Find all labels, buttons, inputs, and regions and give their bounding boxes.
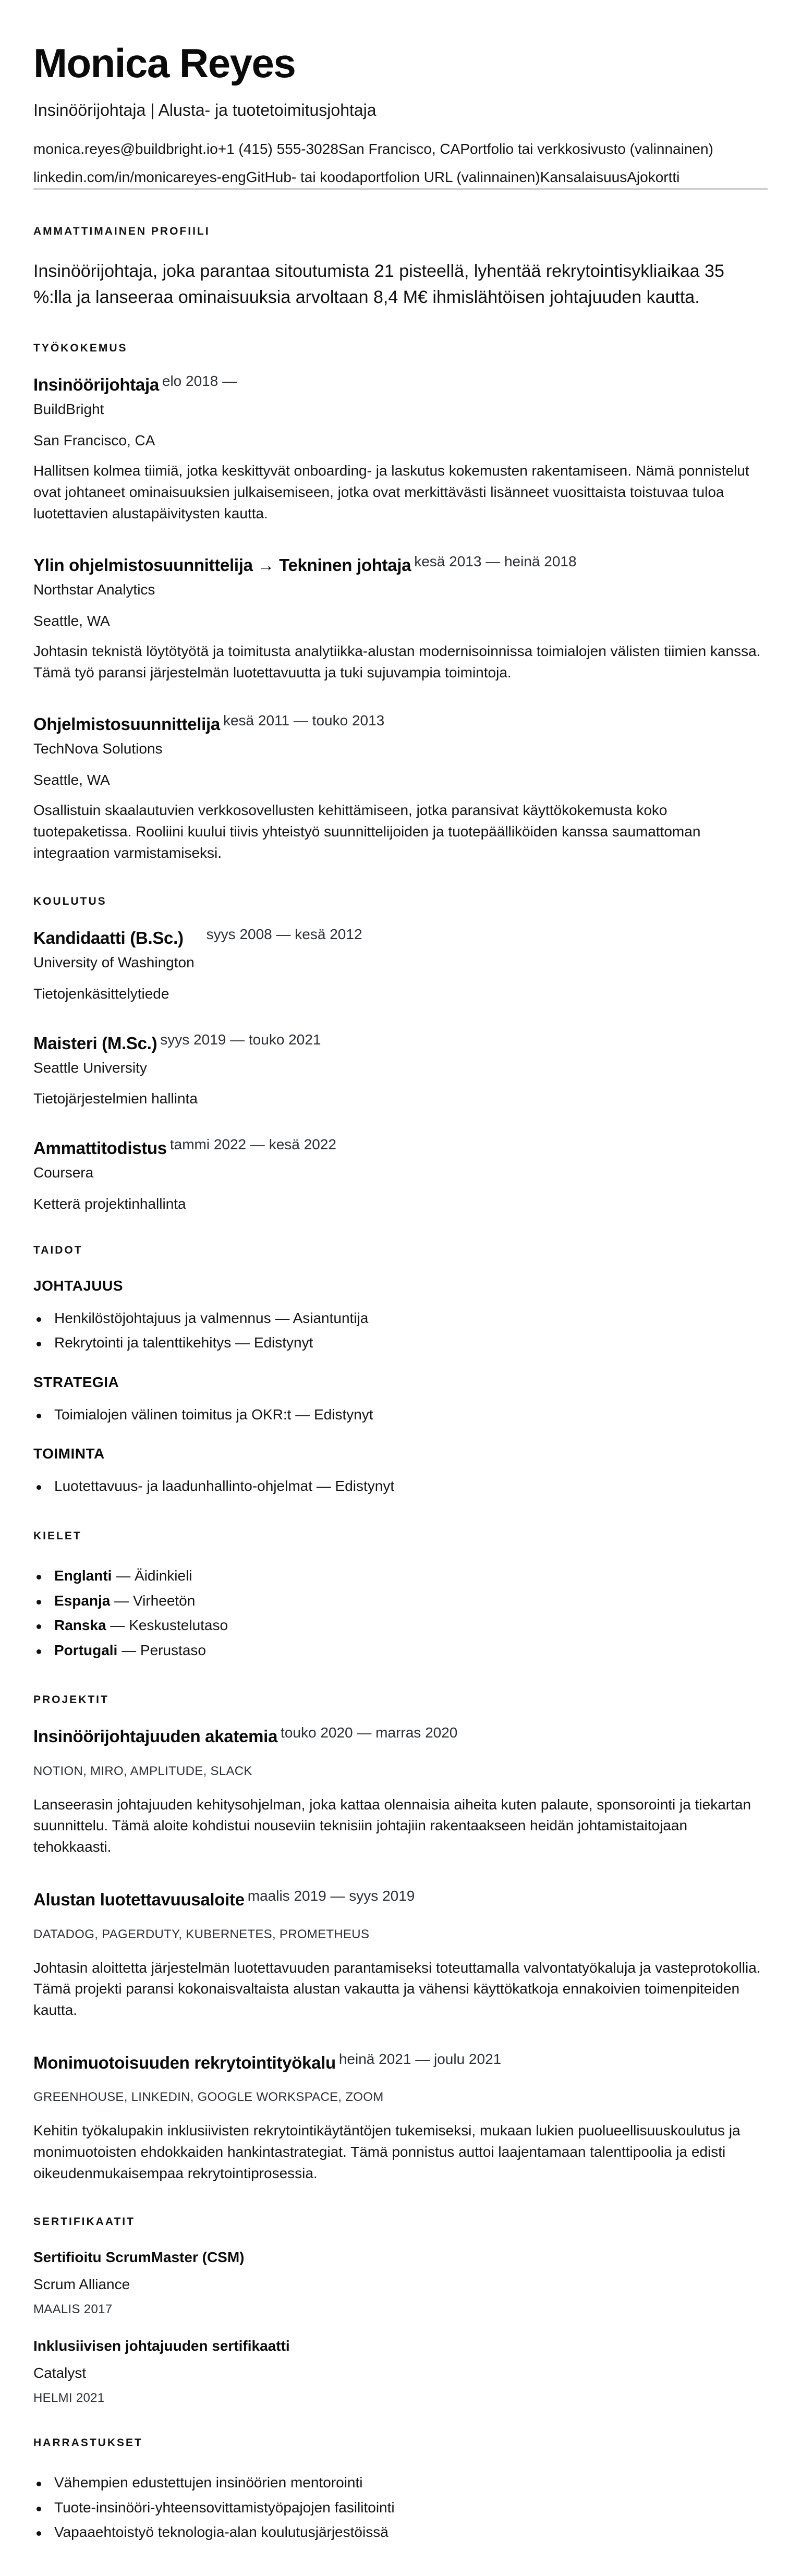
- job-description: Hallitsen kolmea tiimiä, jotka keskittyv…: [33, 460, 769, 525]
- certification-date: MAALIS 2017: [33, 2302, 768, 2317]
- education-dates: syys 2008 — kesä 2012: [207, 926, 362, 942]
- project-tools: NOTION, MIRO, AMPLITUDE, SLACK: [33, 1764, 768, 1779]
- section-title: KOULUTUS: [33, 895, 768, 908]
- citizenship-text: Kansalaisuus: [540, 169, 627, 185]
- experience-section: TYÖKOKEMUS Insinöörijohtajaelo 2018 — Bu…: [33, 342, 768, 864]
- language-item: Portugali — Perustaso: [33, 1638, 768, 1663]
- skill-item: Rekrytointi ja talenttikehitys — Edistyn…: [33, 1330, 768, 1355]
- contact-line-primary: monica.reyes@buildbright.io+1 (415) 555-…: [33, 140, 768, 158]
- job-dates: elo 2018 —: [162, 373, 237, 389]
- drivers-license-text: Ajokortti: [627, 169, 679, 185]
- email-link[interactable]: monica.reyes@buildbright.io: [33, 141, 218, 157]
- language-item: Espanja — Virheetön: [33, 1588, 768, 1613]
- skill-group: STRATEGIA Toimialojen välinen toimitus j…: [33, 1374, 768, 1427]
- profile-summary: Insinöörijohtaja, joka parantaa sitoutum…: [33, 259, 763, 310]
- education-section: KOULUTUS Kandidaatti (B.Sc.)syys 2008 — …: [33, 895, 768, 1212]
- field-of-study: Ketterä projektinhallinta: [33, 1195, 768, 1213]
- portfolio-link[interactable]: Portfolio tai verkkosivusto (valinnainen…: [460, 141, 713, 157]
- project-dates: heinä 2021 — joulu 2021: [339, 2051, 501, 2067]
- project-description: Lanseerasin johtajuuden kehitysohjelman,…: [33, 1794, 769, 1858]
- skill-item: Luotettavuus- ja laadunhallinto-ohjelmat…: [33, 1474, 768, 1499]
- language-name: Espanja: [54, 1593, 110, 1609]
- section-title: SERTIFIKAATIT: [33, 2216, 768, 2228]
- projects-section: PROJEKTIT Insinöörijohtajuuden akatemiat…: [33, 1694, 768, 2184]
- project-item: Insinöörijohtajuuden akatemiatouko 2020 …: [33, 1727, 768, 1858]
- language-name: Portugali: [54, 1642, 117, 1658]
- field-of-study: Tietojärjestelmien hallinta: [33, 1090, 768, 1108]
- experience-item: Ylin ohjelmistosuunnittelija → Tekninen …: [33, 556, 768, 684]
- resume-header: Monica Reyes Insinöörijohtaja | Alusta- …: [33, 43, 768, 190]
- language-name: Ranska: [54, 1617, 106, 1633]
- certifications-section: SERTIFIKAATIT Sertifioitu ScrumMaster (C…: [33, 2216, 768, 2405]
- profile-section: AMMATTIMAINEN PROFIILI Insinöörijohtaja,…: [33, 225, 768, 310]
- section-title: TYÖKOKEMUS: [33, 342, 768, 355]
- languages-section: KIELET Englanti — Äidinkieli Espanja — V…: [33, 1530, 768, 1662]
- project-tools: GREENHOUSE, LINKEDIN, GOOGLE WORKSPACE, …: [33, 2090, 768, 2105]
- skill-group-title: JOHTAJUUS: [33, 1278, 768, 1294]
- company-name: TechNova Solutions: [33, 740, 768, 758]
- job-location: Seattle, WA: [33, 771, 768, 789]
- language-item: Ranska — Keskustelutaso: [33, 1613, 768, 1638]
- degree-title: Maisteri (M.Sc.): [33, 1034, 157, 1053]
- education-item: Maisteri (M.Sc.)syys 2019 — touko 2021 S…: [33, 1034, 768, 1108]
- interests-section: HARRASTUKSET Vähempien edustettujen insi…: [33, 2437, 768, 2545]
- project-description: Johtasin aloittetta järjestelmän luotett…: [33, 1958, 769, 2022]
- job-title: Insinöörijohtaja: [33, 375, 159, 394]
- project-item: Monimuotoisuuden rekrytointityökaluheinä…: [33, 2053, 768, 2184]
- skill-group-title: STRATEGIA: [33, 1374, 768, 1391]
- language-level: Virheetön: [133, 1593, 195, 1609]
- interest-item: Vähempien edustettujen insinöörien mento…: [33, 2470, 768, 2495]
- interests-list: Vähempien edustettujen insinöörien mento…: [33, 2470, 768, 2545]
- project-name: Insinöörijohtajuuden akatemia: [33, 1727, 277, 1746]
- skill-group: TOIMINTA Luotettavuus- ja laadunhallinto…: [33, 1445, 768, 1499]
- candidate-name: Monica Reyes: [33, 43, 768, 83]
- job-description: Johtasin teknistä löytötyötä ja toimitus…: [33, 641, 769, 684]
- contact-line-secondary: linkedin.com/in/monicareyes-engGitHub- t…: [33, 168, 768, 186]
- field-of-study: Tietojenkäsittelytiede: [33, 985, 768, 1003]
- certification-name: Sertifioitu ScrumMaster (CSM): [33, 2249, 768, 2266]
- project-description: Kehitin työkalupakin inklusiivisten rekr…: [33, 2120, 769, 2184]
- skill-item: Toimialojen välinen toimitus ja OKR:t — …: [33, 1402, 768, 1427]
- language-level: Keskustelutaso: [129, 1617, 228, 1633]
- certification-date: HELMI 2021: [33, 2391, 768, 2405]
- certification-item: Sertifioitu ScrumMaster (CSM) Scrum Alli…: [33, 2249, 768, 2317]
- certification-issuer: Scrum Alliance: [33, 2276, 768, 2293]
- project-dates: touko 2020 — marras 2020: [281, 1724, 457, 1741]
- job-location: San Francisco, CA: [33, 432, 768, 449]
- school-name: University of Washington: [33, 954, 768, 971]
- candidate-headline: Insinöörijohtaja | Alusta- ja tuotetoimi…: [33, 101, 768, 119]
- section-title: KIELET: [33, 1530, 768, 1542]
- header-divider: [33, 188, 768, 190]
- certification-name: Inklusiivisen johtajuuden sertifikaatti: [33, 2338, 768, 2354]
- job-title: Ohjelmistosuunnittelija: [33, 714, 220, 734]
- resume-page: Monica Reyes Insinöörijohtaja | Alusta- …: [0, 0, 801, 2576]
- company-name: BuildBright: [33, 400, 768, 418]
- school-name: Seattle University: [33, 1059, 768, 1077]
- language-level: Perustaso: [140, 1642, 206, 1658]
- skill-group-title: TOIMINTA: [33, 1445, 768, 1462]
- degree-title: Ammattitodistus: [33, 1138, 167, 1158]
- project-name: Monimuotoisuuden rekrytointityökalu: [33, 2053, 336, 2072]
- skills-section: TAIDOT JOHTAJUUS Henkilöstöjohtajuus ja …: [33, 1244, 768, 1499]
- job-dates: kesä 2011 — touko 2013: [223, 712, 384, 728]
- job-title: Ylin ohjelmistosuunnittelija → Tekninen …: [33, 555, 411, 575]
- languages-list: Englanti — Äidinkieli Espanja — Virheetö…: [33, 1563, 768, 1662]
- experience-item: Insinöörijohtajaelo 2018 — BuildBright S…: [33, 375, 768, 525]
- interest-item: Vapaaehtoistyö teknologia-alan koulutusj…: [33, 2520, 768, 2545]
- project-tools: DATADOG, PAGERDUTY, KUBERNETES, PROMETHE…: [33, 1927, 768, 1942]
- interest-item: Tuote-insinööri-yhteensovittamistyöpajoj…: [33, 2495, 768, 2520]
- language-name: Englanti: [54, 1568, 112, 1584]
- education-dates: syys 2019 — touko 2021: [160, 1031, 321, 1048]
- section-title: AMMATTIMAINEN PROFIILI: [33, 225, 768, 238]
- language-level: Äidinkieli: [135, 1568, 192, 1584]
- certification-issuer: Catalyst: [33, 2365, 768, 2381]
- linkedin-link[interactable]: linkedin.com/in/monicareyes-eng: [33, 169, 246, 185]
- school-name: Coursera: [33, 1164, 768, 1182]
- location-text: San Francisco, CA: [338, 141, 460, 157]
- job-location: Seattle, WA: [33, 612, 768, 630]
- skill-item: Henkilöstöjohtajuus ja valmennus — Asian…: [33, 1306, 768, 1331]
- education-item: Kandidaatti (B.Sc.)syys 2008 — kesä 2012…: [33, 929, 768, 1002]
- github-link[interactable]: GitHub- tai koodaportfolion URL (valinna…: [246, 169, 540, 185]
- project-dates: maalis 2019 — syys 2019: [248, 1888, 415, 1904]
- certification-item: Inklusiivisen johtajuuden sertifikaatti …: [33, 2338, 768, 2405]
- education-dates: tammi 2022 — kesä 2022: [170, 1136, 336, 1152]
- project-name: Alustan luotettavuusaloite: [33, 1890, 245, 1909]
- skill-group: JOHTAJUUS Henkilöstöjohtajuus ja valmenn…: [33, 1278, 768, 1355]
- degree-title: Kandidaatti (B.Sc.): [33, 928, 184, 947]
- phone-number[interactable]: +1 (415) 555-3028: [218, 141, 338, 157]
- project-item: Alustan luotettavuusaloitemaalis 2019 — …: [33, 1890, 768, 2021]
- job-dates: kesä 2013 — heinä 2018: [414, 553, 576, 569]
- section-title: PROJEKTIT: [33, 1694, 768, 1706]
- experience-item: Ohjelmistosuunnittelijakesä 2011 — touko…: [33, 715, 768, 864]
- job-description: Osallistuin skaalautuvien verkkosovellus…: [33, 800, 769, 864]
- section-title: HARRASTUKSET: [33, 2437, 768, 2449]
- education-item: Ammattitodistustammi 2022 — kesä 2022 Co…: [33, 1139, 768, 1212]
- section-title: TAIDOT: [33, 1244, 768, 1257]
- company-name: Northstar Analytics: [33, 581, 768, 599]
- language-item: Englanti — Äidinkieli: [33, 1563, 768, 1588]
